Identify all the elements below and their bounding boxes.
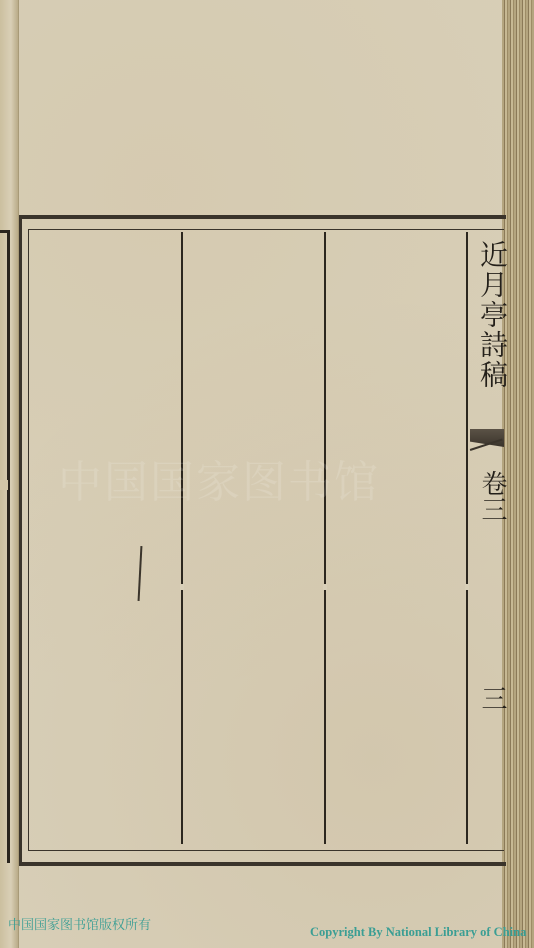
copyright-watermark-chinese: 中国国家图书馆版权所有 (8, 914, 151, 933)
banxin-title: 近月亭詩稿 (477, 240, 507, 390)
banxin-page-number: 三 (477, 685, 507, 711)
center-watermark: 中国国家图书馆 (58, 446, 380, 510)
column-rule-1 (181, 232, 183, 844)
column-rule-gap (180, 584, 184, 590)
copyright-watermark-english: Copyright By National Library of China (310, 925, 526, 940)
previous-page-border (0, 230, 10, 863)
book-page: 近月亭詩稿 卷三 三 中国国家图书馆 中国国家图书馆版权所有 Copyright… (0, 0, 534, 948)
print-frame-inner (28, 229, 504, 851)
previous-page-border-gap (0, 480, 8, 490)
banxin-volume: 卷三 (477, 470, 507, 522)
column-rule-2 (324, 232, 326, 844)
column-rule-gap (323, 584, 327, 590)
